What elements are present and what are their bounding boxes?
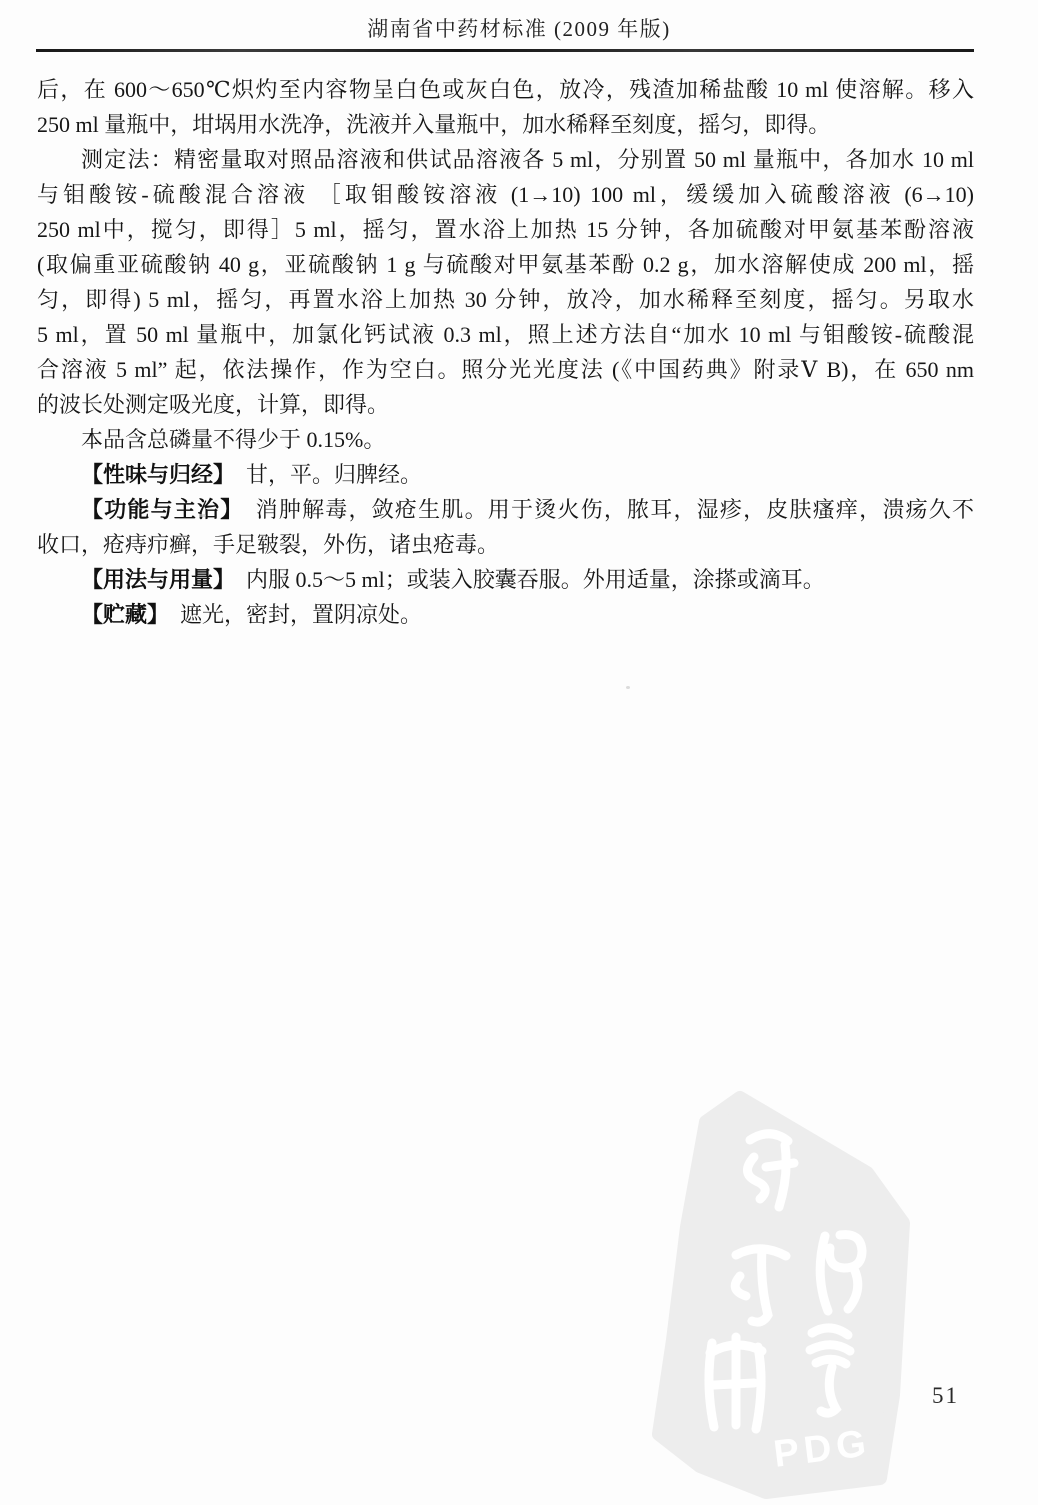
scan-speck: [199, 514, 206, 517]
line-text: 的波长处测定吸光度，计算，即得。: [37, 392, 389, 417]
line-text: 匀，即得) 5 ml，摇匀，再置水浴上加热 30 分钟，放冷，加水稀释至刻度，摇…: [37, 287, 974, 312]
text-line: 【用法与用量】 内服 0.5～5 ml；或装入胶囊吞服。外用适量，涂搽或滴耳。: [37, 562, 974, 597]
text-line: 本品含总磷量不得少于 0.15%。: [37, 422, 974, 457]
page-header-title: 湖南省中药材标准 (2009 年版): [0, 13, 1038, 43]
line-text: 与钼酸铵-硫酸混合溶液 ［取钼酸铵溶液 (1→10) 100 ml，缓缓加入硫酸…: [37, 182, 974, 207]
line-text: 后，在 600～650℃炽灼至内容物呈白色或灰白色，放冷，残渣加稀盐酸 10 m…: [37, 77, 974, 102]
line-text: 合溶液 5 ml” 起，依法操作，作为空白。照分光光度法 (《中国药典》附录Ⅴ …: [37, 357, 974, 382]
document-body: 后，在 600～650℃炽灼至内容物呈白色或灰白色，放冷，残渣加稀盐酸 10 m…: [37, 72, 974, 632]
line-text: 250 ml 量瓶中，坩埚用水洗净，洗液并入量瓶中，加水稀释至刻度，摇匀，即得。: [37, 112, 830, 137]
section-label: 【用法与用量】: [81, 567, 224, 592]
line-text: 内服 0.5～5 ml；或装入胶囊吞服。外用适量，涂搽或滴耳。: [224, 567, 825, 592]
pdg-watermark-seal: PDG: [650, 1085, 910, 1500]
text-line: 【性味与归经】 甘，平。归脾经。: [37, 457, 974, 492]
text-line: 匀，即得) 5 ml，摇匀，再置水浴上加热 30 分钟，放冷，加水稀释至刻度，摇…: [37, 282, 974, 317]
line-text: 消肿解毒，敛疮生肌。用于烫火伤，脓耳，湿疹，皮肤瘙痒，溃疡久不: [232, 497, 974, 522]
text-line: 收口，疮痔疖癣，手足皲裂，外伤，诸虫疮毒。: [37, 527, 974, 562]
text-line: 合溶液 5 ml” 起，依法操作，作为空白。照分光光度法 (《中国药典》附录Ⅴ …: [37, 352, 974, 387]
line-text: 收口，疮痔疖癣，手足皲裂，外伤，诸虫疮毒。: [37, 532, 499, 557]
line-text: 甘，平。归脾经。: [224, 462, 422, 487]
text-line: 【贮藏】 遮光，密封，置阴凉处。: [37, 597, 974, 632]
text-line: (取偏重亚硫酸钠 40 g，亚硫酸钠 1 g 与硫酸对甲氨基苯酚 0.2 g，加…: [37, 247, 974, 282]
line-text: 5 ml，置 50 ml 量瓶中，加氯化钙试液 0.3 ml，照上述方法自“加水…: [37, 322, 974, 347]
line-text: 本品含总磷量不得少于 0.15%。: [81, 427, 385, 452]
document-page: 湖南省中药材标准 (2009 年版) 后，在 600～650℃炽灼至内容物呈白色…: [0, 0, 1038, 1505]
line-text: (取偏重亚硫酸钠 40 g，亚硫酸钠 1 g 与硫酸对甲氨基苯酚 0.2 g，加…: [37, 252, 974, 277]
line-text: 测定法：精密量取对照品溶液和供试品溶液各 5 ml，分别置 50 ml 量瓶中，…: [81, 147, 974, 172]
section-label: 【功能与主治】: [81, 497, 232, 522]
text-line: 250 ml 量瓶中，坩埚用水洗净，洗液并入量瓶中，加水稀释至刻度，摇匀，即得。: [37, 107, 974, 142]
scan-speck: [626, 686, 630, 689]
text-line: 与钼酸铵-硫酸混合溶液 ［取钼酸铵溶液 (1→10) 100 ml，缓缓加入硫酸…: [37, 177, 974, 212]
header-rule: [36, 49, 974, 52]
section-label: 【贮藏】: [81, 602, 158, 627]
section-label: 【性味与归经】: [81, 462, 224, 487]
line-text: 250 ml中，搅匀，即得］5 ml，摇匀，置水浴上加热 15 分钟，各加硫酸对…: [37, 217, 974, 242]
text-line: 250 ml中，搅匀，即得］5 ml，摇匀，置水浴上加热 15 分钟，各加硫酸对…: [37, 212, 974, 247]
line-text: 遮光，密封，置阴凉处。: [158, 602, 422, 627]
page-number: 51: [932, 1383, 959, 1409]
text-line: 的波长处测定吸光度，计算，即得。: [37, 387, 974, 422]
text-line: 测定法：精密量取对照品溶液和供试品溶液各 5 ml，分别置 50 ml 量瓶中，…: [37, 142, 974, 177]
text-line: 【功能与主治】 消肿解毒，敛疮生肌。用于烫火伤，脓耳，湿疹，皮肤瘙痒，溃疡久不: [37, 492, 974, 527]
text-line: 后，在 600～650℃炽灼至内容物呈白色或灰白色，放冷，残渣加稀盐酸 10 m…: [37, 72, 974, 107]
text-line: 5 ml，置 50 ml 量瓶中，加氯化钙试液 0.3 ml，照上述方法自“加水…: [37, 317, 974, 352]
